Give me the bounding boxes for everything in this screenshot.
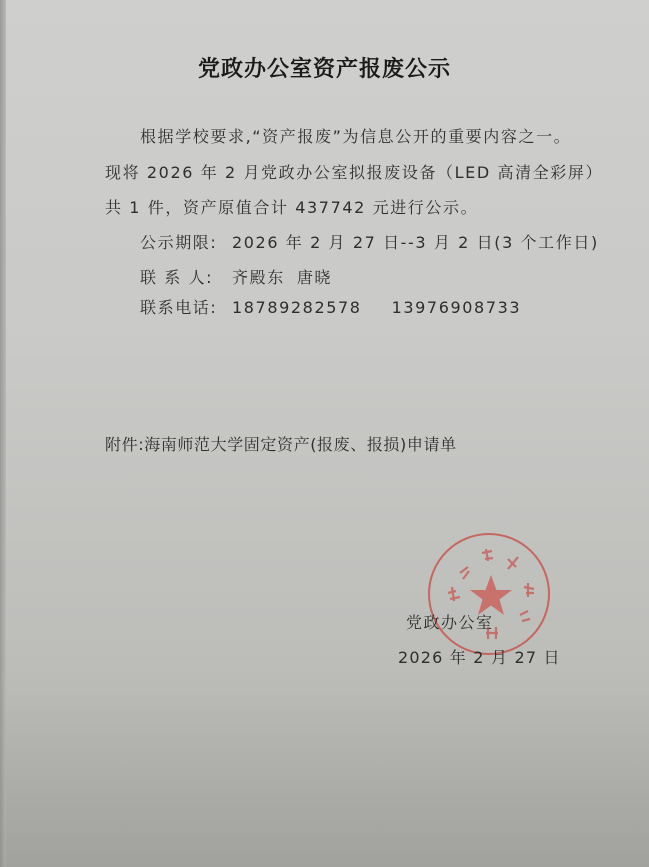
paragraph-line-1: 根据学校要求,“资产报废”为信息公开的重要内容之一。 (140, 124, 571, 147)
photo-shadow (0, 687, 649, 867)
document-title: 党政办公室资产报废公示 (0, 52, 649, 83)
signature-date: 2026 年 2 月 27 日 (398, 645, 561, 668)
contact-phones-label: 联系电话: (140, 295, 232, 318)
notice-period-value: 2026 年 2 月 27 日--3 月 2 日(3 个工作日) (232, 233, 599, 252)
signature-organization: 党政办公室 (406, 610, 494, 633)
contact-phone-2: 13976908733 (392, 298, 522, 317)
attachment-note: 附件:海南师范大学固定资产(报废、报损)申请单 (105, 432, 457, 455)
contact-name-2: 唐晓 (297, 268, 332, 287)
star-icon (430, 535, 552, 657)
contact-persons-label: 联 系 人: (140, 265, 232, 288)
official-seal (428, 533, 550, 655)
contact-persons: 联 系 人:齐殿东唐晓 (140, 265, 332, 288)
contact-name-1: 齐殿东 (232, 268, 285, 287)
paragraph-line-3: 共 1 件，资产原值合计 437742 元进行公示。 (105, 195, 478, 218)
contact-phone-1: 18789282578 (232, 298, 362, 317)
notice-period-label: 公示期限: (140, 230, 232, 253)
contact-phones: 联系电话:1878928257813976908733 (140, 295, 521, 318)
paragraph-line-2: 现将 2026 年 2 月党政办公室拟报废设备（LED 高清全彩屏） (105, 160, 603, 183)
page-edge (0, 0, 6, 867)
notice-period: 公示期限:2026 年 2 月 27 日--3 月 2 日(3 个工作日) (140, 230, 599, 253)
